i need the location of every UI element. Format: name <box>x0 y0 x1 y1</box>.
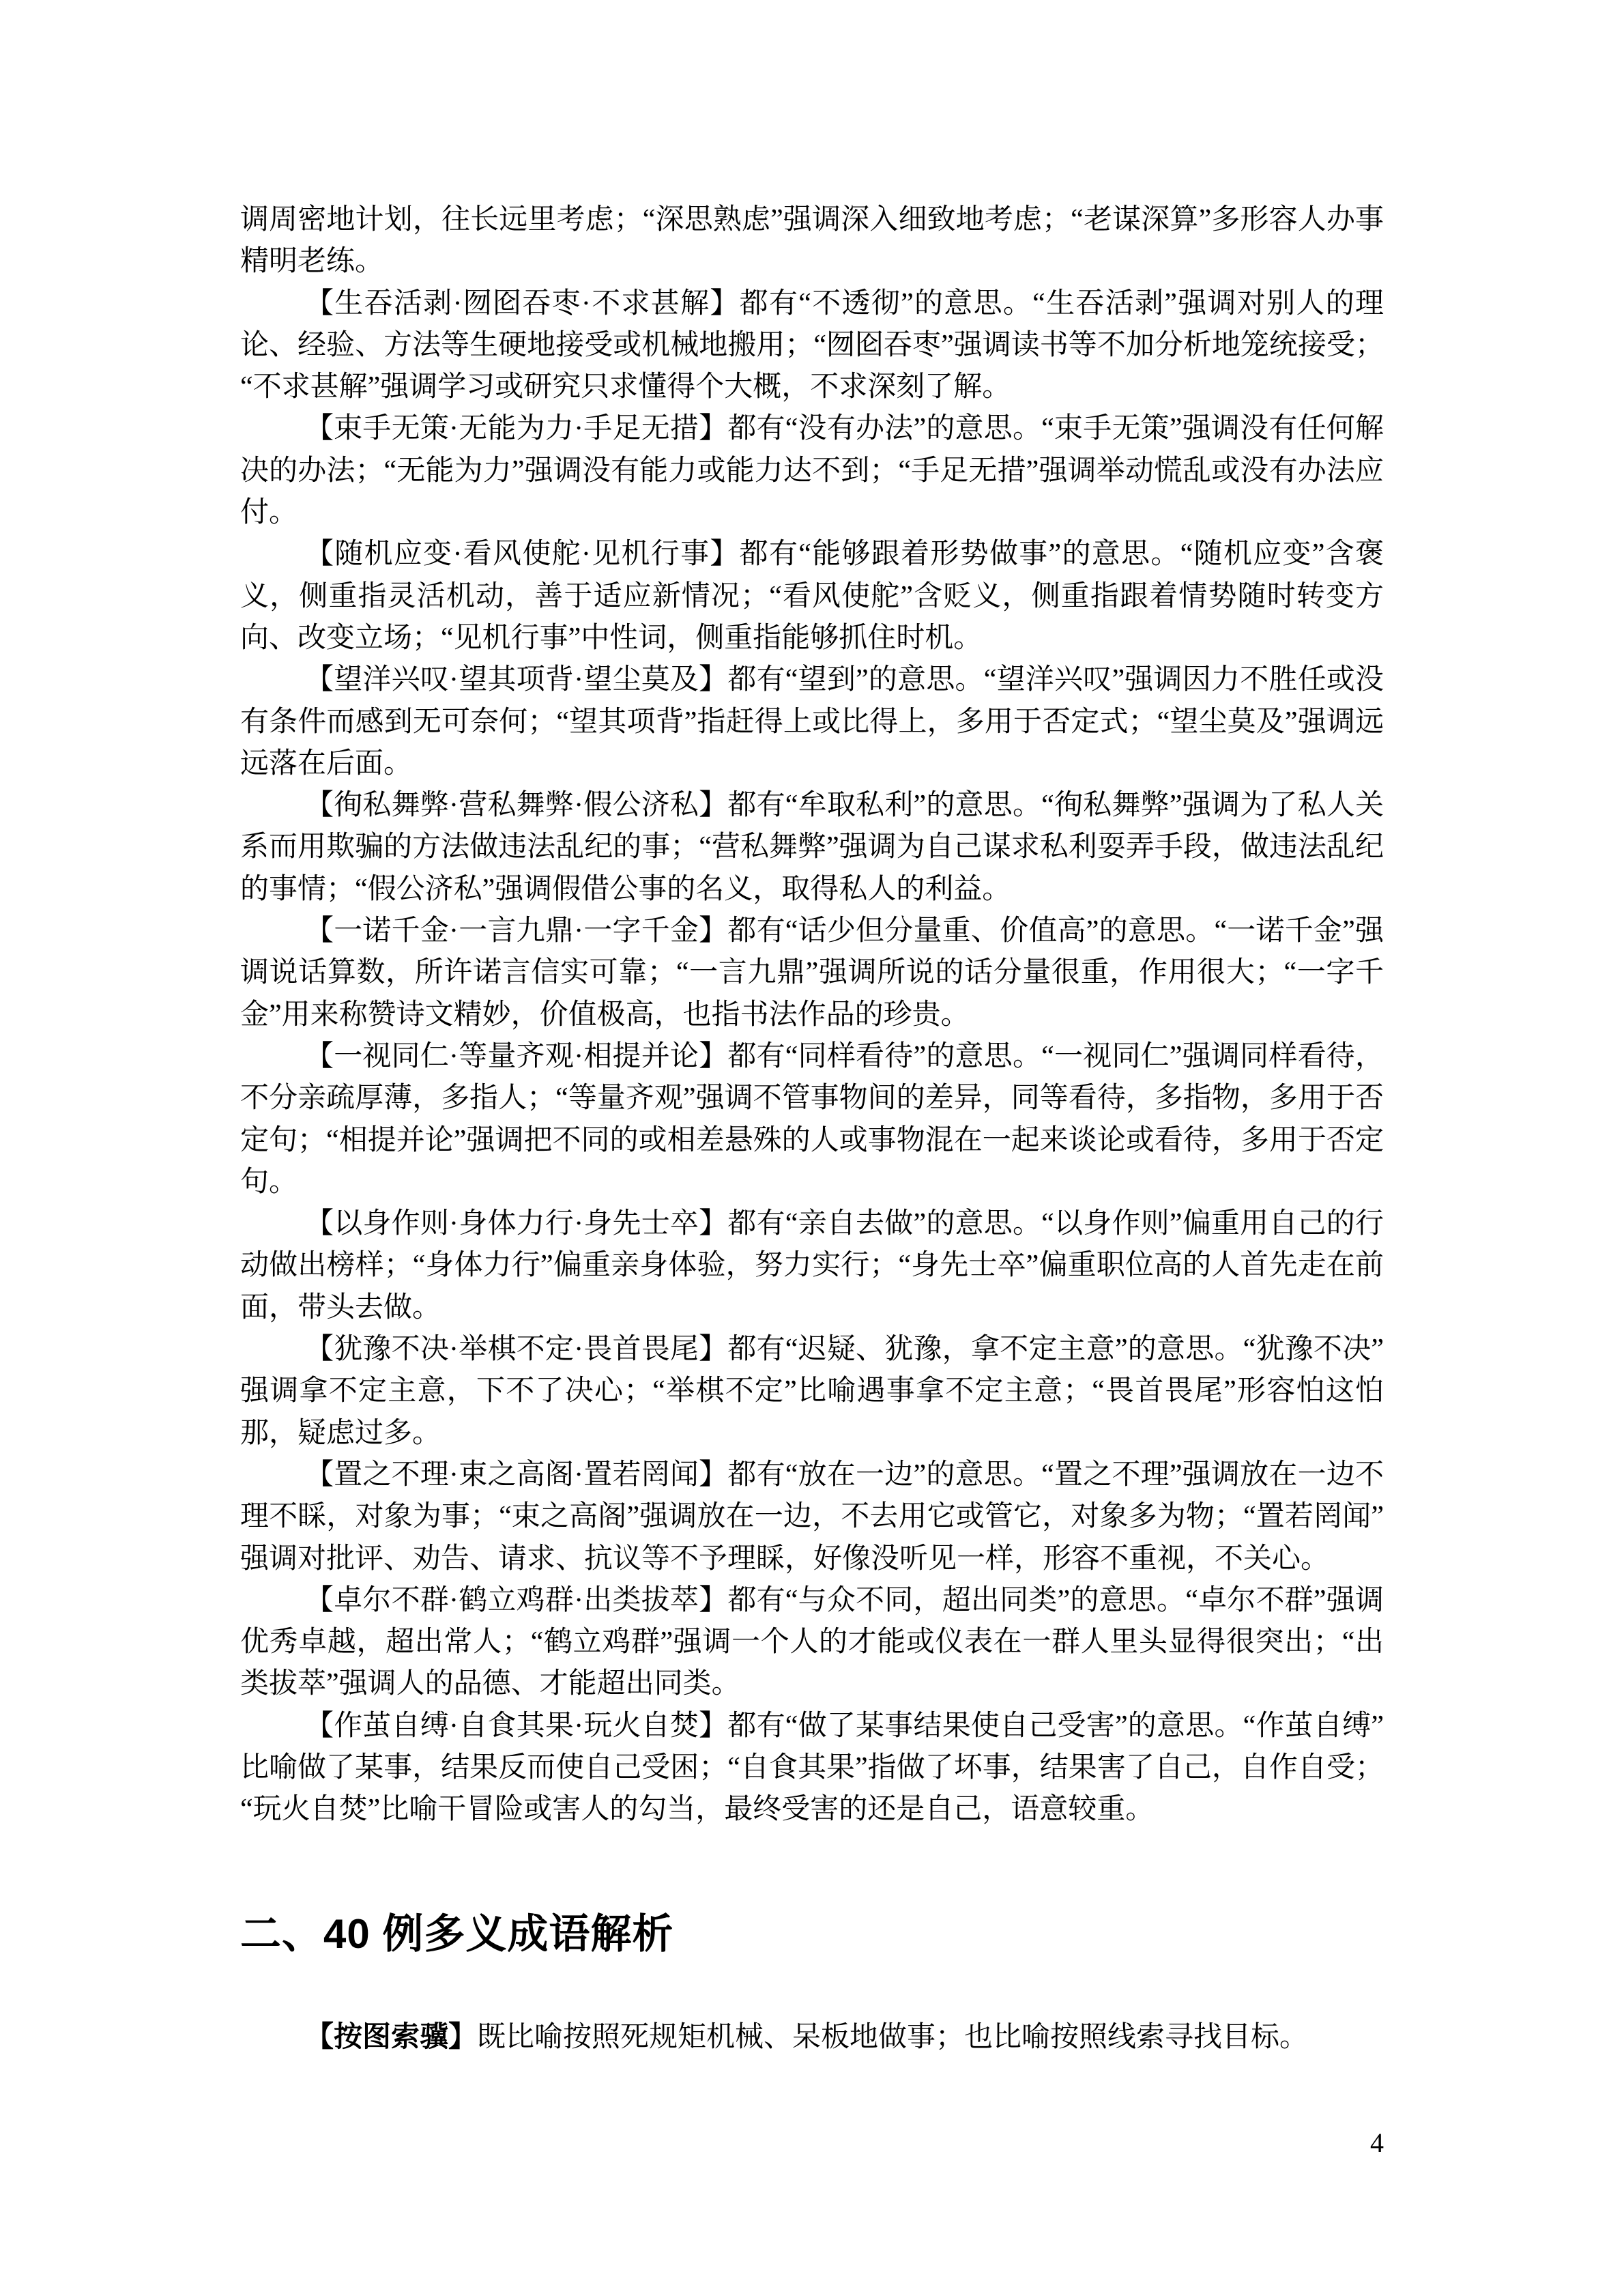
page-content: 调周密地计划，往长远里考虑；“深思熟虑”强调深入细致地考虑；“老谋深算”多形容人… <box>240 199 1384 2058</box>
idiom-group-head: 【随机应变·看风使舵·见机行事】 <box>305 539 740 570</box>
idiom-group-head: 【生吞活剥·囫囵吞枣·不求甚解】 <box>305 288 740 319</box>
paragraph: 【束手无策·无能为力·手足无措】都有“没有办法”的意思。“束手无策”强调没有任何… <box>240 408 1384 534</box>
paragraph: 【一诺千金·一言九鼎·一字千金】都有“话少但分量重、价值高”的意思。“一诺千金”… <box>240 910 1384 1036</box>
paragraph: 【作茧自缚·自食其果·玩火自焚】都有“做了某事结果使自己受害”的意思。“作茧自缚… <box>240 1706 1384 1831</box>
document-page: 调周密地计划，往长远里考虑；“深思熟虑”强调深入细致地考虑；“老谋深算”多形容人… <box>0 0 1624 2296</box>
idiom-group-head: 【徇私舞弊·营私舞弊·假公济私】 <box>305 790 727 821</box>
idiom-group-head: 【作茧自缚·自食其果·玩火自焚】 <box>305 1710 727 1742</box>
page-number: 4 <box>240 2128 1384 2158</box>
paragraph: 【随机应变·看风使舵·见机行事】都有“能够跟着形势做事”的意思。“随机应变”含褒… <box>240 534 1384 659</box>
paragraph: 【生吞活剥·囫囵吞枣·不求甚解】都有“不透彻”的意思。“生吞活剥”强调对别人的理… <box>240 283 1384 409</box>
paragraph: 【置之不理·束之高阁·置若罔闻】都有“放在一边”的意思。“置之不理”强调放在一边… <box>240 1454 1384 1580</box>
section-synonym-idioms: 调周密地计划，往长远里考虑；“深思熟虑”强调深入细致地考虑；“老谋深算”多形容人… <box>240 199 1384 1831</box>
idiom-group-head: 【犹豫不决·举棋不定·畏首畏尾】 <box>305 1334 727 1365</box>
idiom-group-head: 【卓尔不群·鹤立鸡群·出类拔萃】 <box>305 1585 727 1616</box>
paragraph: 调周密地计划，往长远里考虑；“深思熟虑”强调深入细致地考虑；“老谋深算”多形容人… <box>240 199 1384 283</box>
idiom-group-head: 【以身作则·身体力行·身先士卒】 <box>305 1208 727 1239</box>
section-heading-polysemous-idioms: 二、40 例多义成语解析 <box>240 1913 1384 1955</box>
idiom-group-head: 【一视同仁·等量齐观·相提并论】 <box>305 1041 727 1072</box>
idiom-group-head: 【置之不理·束之高阁·置若罔闻】 <box>305 1459 727 1491</box>
idiom-group-head: 【按图索骥】 <box>305 2022 477 2053</box>
paragraph: 【望洋兴叹·望其项背·望尘莫及】都有“望到”的意思。“望洋兴叹”强调因力不胜任或… <box>240 659 1384 785</box>
idiom-group-head: 【束手无策·无能为力·手足无措】 <box>305 413 727 444</box>
idiom-group-head: 【望洋兴叹·望其项背·望尘莫及】 <box>305 664 727 695</box>
paragraph: 【以身作则·身体力行·身先士卒】都有“亲自去做”的意思。“以身作则”偏重用自己的… <box>240 1203 1384 1329</box>
section-polysemous-idioms: 【按图索骥】既比喻按照死规矩机械、呆板地做事；也比喻按照线索寻找目标。 <box>240 2017 1384 2058</box>
paragraph: 【一视同仁·等量齐观·相提并论】都有“同样看待”的意思。“一视同仁”强调同样看待… <box>240 1036 1384 1203</box>
paragraph: 【按图索骥】既比喻按照死规矩机械、呆板地做事；也比喻按照线索寻找目标。 <box>240 2017 1384 2058</box>
paragraph: 【犹豫不决·举棋不定·畏首畏尾】都有“迟疑、犹豫，拿不定主意”的意思。“犹豫不决… <box>240 1329 1384 1454</box>
paragraph: 【卓尔不群·鹤立鸡群·出类拔萃】都有“与众不同，超出同类”的意思。“卓尔不群”强… <box>240 1580 1384 1706</box>
paragraph: 【徇私舞弊·营私舞弊·假公济私】都有“牟取私利”的意思。“徇私舞弊”强调为了私人… <box>240 785 1384 910</box>
idiom-group-head: 【一诺千金·一言九鼎·一字千金】 <box>305 915 727 947</box>
